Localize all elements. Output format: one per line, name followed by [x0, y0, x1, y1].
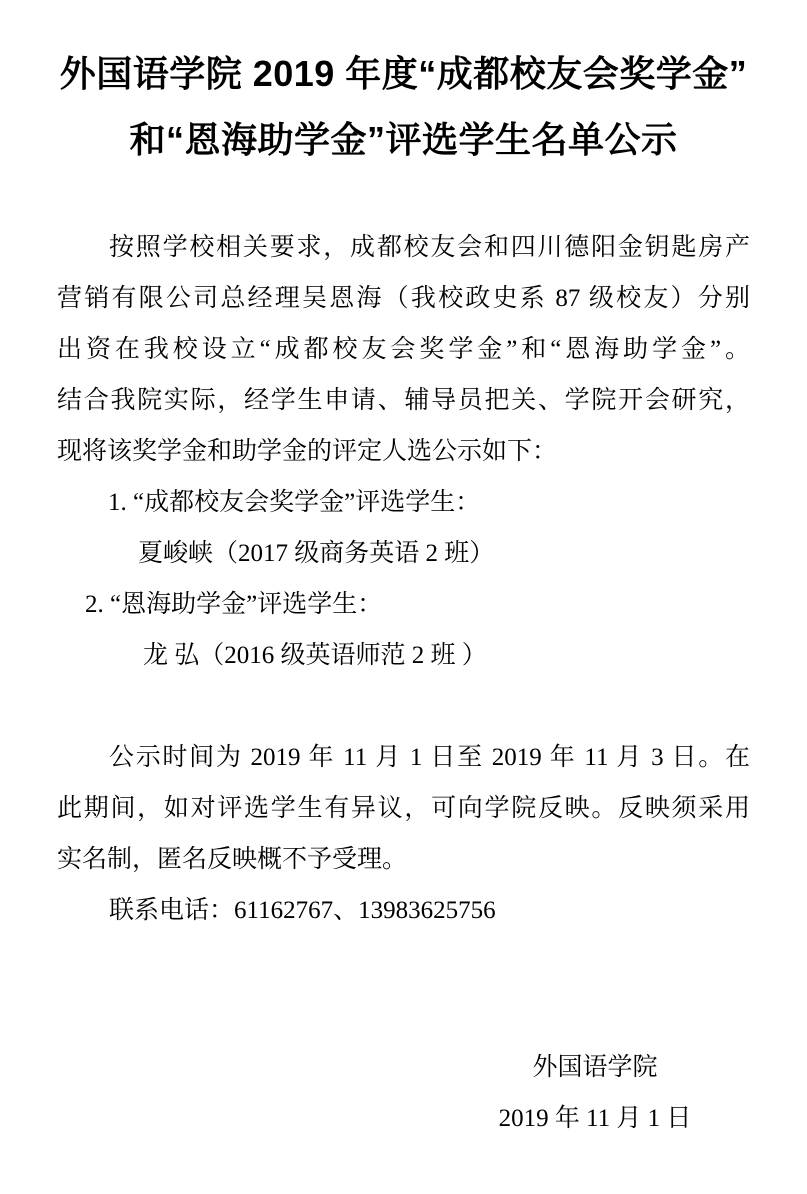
- intro-line-3: 出资在我校设立“成都校友会奖学金”和“恩海助学金”。: [57, 324, 750, 375]
- selection-item-1-heading: 1. “成都校友会奖学金”评选学生：: [57, 477, 750, 528]
- intro-line-4: 结合我院实际，经学生申请、辅导员把关、学院开会研究，: [57, 375, 750, 426]
- selection-item-1-student: 夏峻峡（2017 级商务英语 2 班）: [57, 528, 750, 579]
- notice-line-3: 实名制，匿名反映概不予受理。: [57, 834, 750, 885]
- selection-list: 1. “成都校友会奖学金”评选学生： 夏峻峡（2017 级商务英语 2 班） 2…: [57, 477, 750, 681]
- signature-block: 外国语学院 2019 年 11 月 1 日: [460, 1042, 730, 1144]
- intro-paragraph: 按照学校相关要求，成都校友会和四川德阳金钥匙房产 营销有限公司总经理吴恩海（我校…: [57, 222, 750, 477]
- notice-line-2: 此期间，如对评选学生有异议，可向学院反映。反映须采用: [57, 783, 750, 834]
- intro-line-2: 营销有限公司总经理吴恩海（我校政史系 87 级校友）分别: [57, 273, 750, 324]
- title-line-1: 外国语学院 2019 年度“成都校友会奖学金”: [57, 52, 750, 96]
- document-title: 外国语学院 2019 年度“成都校友会奖学金” 和“恩海助学金”评选学生名单公示: [57, 52, 750, 162]
- selection-item-2-student: 龙 弘（2016 级英语师范 2 班 ）: [57, 630, 750, 681]
- intro-line-1: 按照学校相关要求，成都校友会和四川德阳金钥匙房产: [57, 222, 750, 273]
- notice-line-1: 公示时间为 2019 年 11 月 1 日至 2019 年 11 月 3 日。在: [57, 732, 750, 783]
- notice-paragraph: 公示时间为 2019 年 11 月 1 日至 2019 年 11 月 3 日。在…: [57, 732, 750, 936]
- title-line-2: 和“恩海助学金”评选学生名单公示: [57, 118, 750, 162]
- contact-phone-line: 联系电话：61162767、13983625756: [57, 885, 750, 936]
- signature-date: 2019 年 11 月 1 日: [460, 1093, 730, 1144]
- document-page: 外国语学院 2019 年度“成都校友会奖学金” 和“恩海助学金”评选学生名单公示…: [0, 0, 807, 1194]
- selection-item-2-heading: 2. “恩海助学金”评选学生：: [57, 579, 750, 630]
- signature-organization: 外国语学院: [460, 1042, 730, 1093]
- intro-line-5: 现将该奖学金和助学金的评定人选公示如下：: [57, 426, 750, 477]
